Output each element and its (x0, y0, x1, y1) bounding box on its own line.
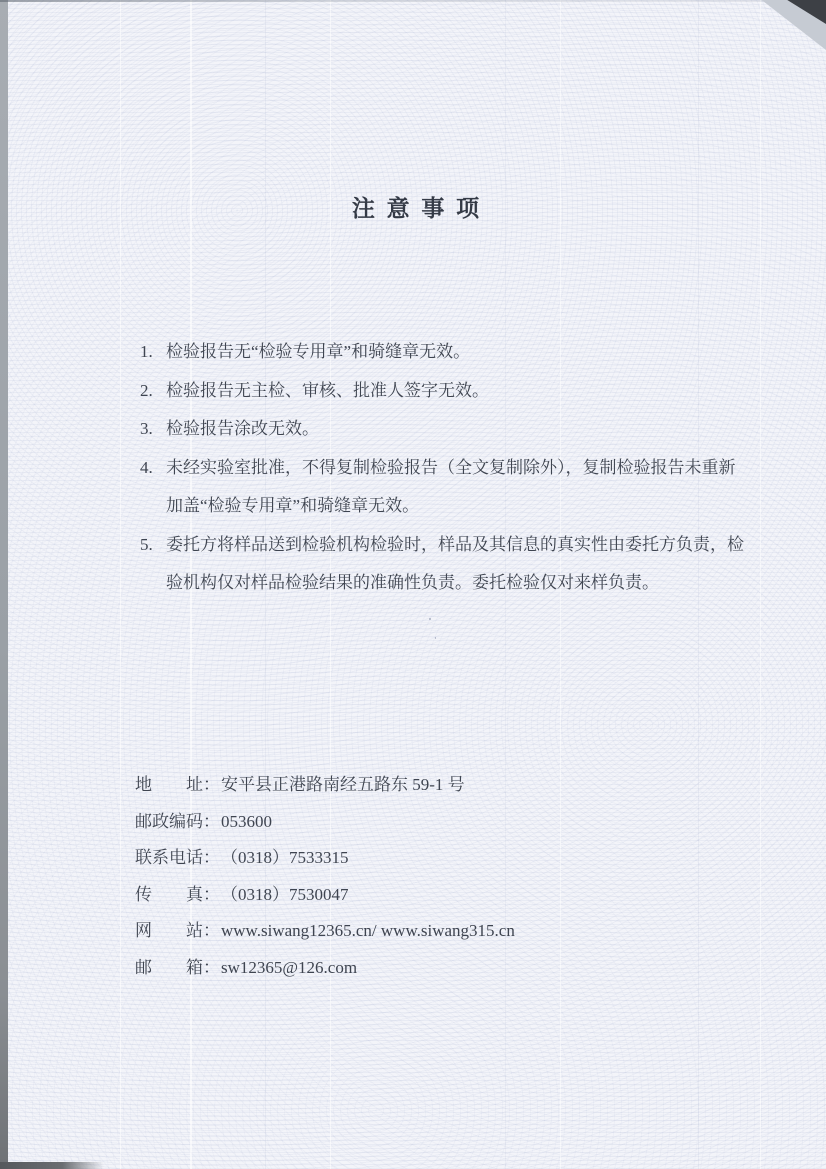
note-number: 4. (140, 449, 166, 488)
note-number: 1. (140, 333, 166, 372)
contact-label: 邮政编码： (135, 804, 221, 841)
note-item: 1. 检验报告无“检验专用章”和骑缝章无效。 (140, 333, 740, 372)
contact-value-fax: （0318）7530047 (221, 885, 349, 904)
scanner-edge-left (0, 0, 8, 1169)
contact-row-phone: 联系电话：（0318）7533315 (135, 840, 695, 877)
page-content: 注 意 事 项 1. 检验报告无“检验专用章”和骑缝章无效。 2. 检验报告无主… (8, 0, 826, 1169)
contact-label: 传 真： (135, 877, 221, 914)
page-title: 注 意 事 项 (8, 190, 826, 223)
note-number: 5. (140, 526, 166, 565)
contact-row-address: 地 址：安平县正港路南经五路东 59-1 号 (135, 767, 695, 804)
note-text: 检验报告无“检验专用章”和骑缝章无效。 (166, 333, 744, 372)
contact-row-email: 邮 箱：sw12365@126.com (135, 950, 695, 987)
contact-row-postcode: 邮政编码：053600 (135, 804, 695, 841)
note-text: 委托方将样品送到检验机构检验时，样品及其信息的真实性由委托方负责，检验机构仅对样… (166, 526, 744, 603)
scan-speck (435, 637, 436, 639)
notes-list: 1. 检验报告无“检验专用章”和骑缝章无效。 2. 检验报告无主检、审核、批准人… (140, 333, 740, 603)
note-text: 检验报告无主检、审核、批准人签字无效。 (166, 372, 744, 411)
note-number: 2. (140, 372, 166, 411)
contact-block: 地 址：安平县正港路南经五路东 59-1 号 邮政编码：053600 联系电话：… (135, 767, 695, 986)
note-text: 未经实验室批准，不得复制检验报告（全文复制除外），复制检验报告未重新加盖“检验专… (166, 449, 744, 526)
scan-shadow-bottom-left (0, 1162, 104, 1169)
contact-row-website: 网 站：www.siwang12365.cn/ www.siwang315.cn (135, 913, 695, 950)
contact-label: 网 站： (135, 913, 221, 950)
contact-row-fax: 传 真：（0318）7530047 (135, 877, 695, 914)
scan-speck (429, 618, 431, 620)
contact-label: 联系电话： (135, 840, 221, 877)
contact-value-email: sw12365@126.com (221, 958, 357, 977)
note-item: 5. 委托方将样品送到检验机构检验时，样品及其信息的真实性由委托方负责，检验机构… (140, 526, 740, 603)
contact-value-address: 安平县正港路南经五路东 59-1 号 (221, 775, 465, 794)
contact-label: 邮 箱： (135, 950, 221, 987)
note-text: 检验报告涂改无效。 (166, 410, 744, 449)
contact-label: 地 址： (135, 767, 221, 804)
note-item: 3. 检验报告涂改无效。 (140, 410, 740, 449)
note-number: 3. (140, 410, 166, 449)
paper-sheet: 注 意 事 项 1. 检验报告无“检验专用章”和骑缝章无效。 2. 检验报告无主… (8, 0, 826, 1169)
note-item: 4. 未经实验室批准，不得复制检验报告（全文复制除外），复制检验报告未重新加盖“… (140, 449, 740, 526)
note-item: 2. 检验报告无主检、审核、批准人签字无效。 (140, 372, 740, 411)
contact-value-website: www.siwang12365.cn/ www.siwang315.cn (221, 921, 515, 940)
contact-value-postcode: 053600 (221, 812, 272, 831)
scan-top-edge (0, 0, 826, 2)
contact-value-phone: （0318）7533315 (221, 848, 349, 867)
